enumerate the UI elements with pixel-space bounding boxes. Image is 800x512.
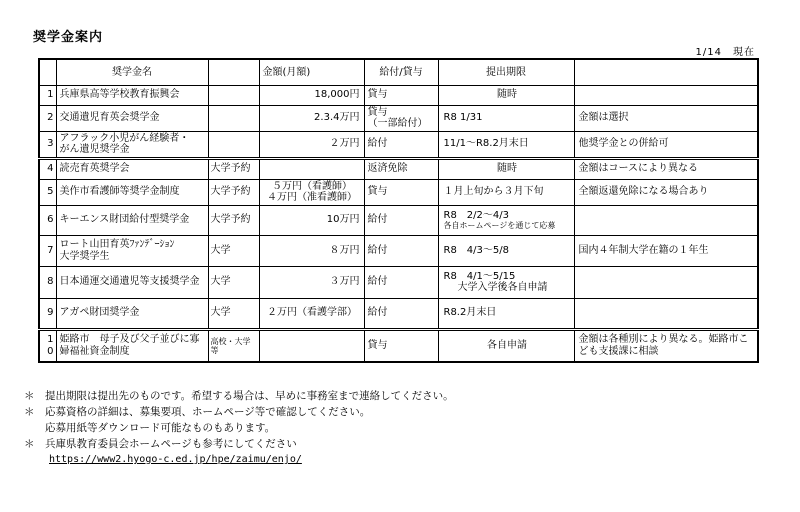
asterisk-bullet [24,452,45,468]
school-type: 大学 [208,235,259,266]
benefit-type: 貸与 [364,179,438,205]
as-of-date: 1/14 現在 [38,43,755,58]
row-number: 1 [39,85,56,105]
table-row: 4 読売育英奨学会 大学予約 返済免除 随時 金額はコースにより異なる [39,158,758,179]
deadline: 11/1～R8.2月末日 [438,131,574,158]
footnote-item: ＊ 提出期限は提出先のものです。希望する場合は、早めに事務室まで連絡してください… [24,388,774,404]
notes [574,85,758,105]
row-number: 3 [39,131,56,158]
notes [574,266,758,298]
amount: ２万円（看護学部） [259,298,364,329]
school-type: 高校・大学等 [208,329,259,362]
deadline: R8 4/1～5/15 大学入学後各自申請 [438,266,574,298]
row-number: 7 [39,235,56,266]
benefit-type: 給付 [364,266,438,298]
footnote-text: 提出期限は提出先のものです。希望する場合は、早めに事務室まで連絡してください。 [45,388,454,404]
scholarship-name: 兵庫県高等学校教育振興会 [56,85,208,105]
footnote-item: https://www2.hyogo-c.ed.jp/hpe/zaimu/enj… [24,452,774,468]
hyogo-board-link[interactable]: https://www2.hyogo-c.ed.jp/hpe/zaimu/enj… [49,452,302,468]
footnote-text: 兵庫県教育委員会ホームページも参考にしてください [45,436,297,452]
table-row: 10 姫路市 母子及び父子並びに寡 婦福祉資金制度 高校・大学等 貸与 各自申請… [39,329,758,362]
benefit-type: 給付 [364,235,438,266]
notes: 金額は各種別により異なる。姫路市こども支援課に相談 [574,329,758,362]
table-row: 9 アガペ財団奨学金 大学 ２万円（看護学部） 給付 R8.2月末日 [39,298,758,329]
table-row: 2 交通遺児育英会奨学金 2.3.4万円 貸与 （一部給付） R8 1/31 金… [39,105,758,131]
school-type: 大学予約 [208,179,259,205]
notes [574,205,758,235]
asterisk-bullet: ＊ [24,388,45,404]
benefit-type: 返済免除 [364,158,438,179]
notes [574,298,758,329]
benefit-type: 給付 [364,205,438,235]
school-type [208,85,259,105]
notes: 全額返還免除になる場合あり [574,179,758,205]
scholarship-name: 日本通運交通遺児等支援奨学金 [56,266,208,298]
notes: 金額はコースにより異なる [574,158,758,179]
amount: 10万円 [259,205,364,235]
header-no [39,59,56,85]
row-number: 4 [39,158,56,179]
header-benefit: 給付/貸与 [364,59,438,85]
table-row: 1 兵庫県高等学校教育振興会 18,000円 貸与 随時 [39,85,758,105]
amount [259,158,364,179]
row-number: 5 [39,179,56,205]
header-deadline: 提出期限 [438,59,574,85]
deadline: R8 4/3～5/8 [438,235,574,266]
amount: 2.3.4万円 [259,105,364,131]
asterisk-bullet: ＊ [24,404,45,420]
amount: ３万円 [259,266,364,298]
scholarship-name: ロート山田育英ﾌｧﾝﾃﾞｰｼｮﾝ 大学奨学生 [56,235,208,266]
table-row: 8 日本通運交通遺児等支援奨学金 大学 ３万円 給付 R8 4/1～5/15 大… [39,266,758,298]
row-number: 2 [39,105,56,131]
footnote-text: 応募用紙等ダウンロード可能なものもあります。 [45,420,275,436]
notes: 国内４年制大学在籍の１年生 [574,235,758,266]
table-row: 3 アフラック小児がん経験者・ がん遺児奨学金 ２万円 給付 11/1～R8.2… [39,131,758,158]
footnote-item: 応募用紙等ダウンロード可能なものもあります。 [24,420,774,436]
scholarship-table: 奨学金名 金額(月額) 給付/貸与 提出期限 1 兵庫県高等学校教育振興会 18… [38,58,759,363]
footnote-item: ＊ 兵庫県教育委員会ホームページも参考にしてください [24,436,774,452]
school-type [208,105,259,131]
deadline: R8 1/31 [438,105,574,131]
school-type [208,131,259,158]
row-number: 8 [39,266,56,298]
row-number: 6 [39,205,56,235]
header-scholarship-name: 奨学金名 [56,59,208,85]
table-row: 7 ロート山田育英ﾌｧﾝﾃﾞｰｼｮﾝ 大学奨学生 大学 ８万円 給付 R8 4/… [39,235,758,266]
school-type: 大学予約 [208,158,259,179]
deadline: 随時 [438,85,574,105]
benefit-type: 給付 [364,131,438,158]
scholarship-name: 読売育英奨学会 [56,158,208,179]
row-number: 10 [39,329,56,362]
asterisk-bullet [24,420,45,436]
footnotes: ＊ 提出期限は提出先のものです。希望する場合は、早めに事務室まで連絡してください… [24,388,774,468]
scholarship-name: アフラック小児がん経験者・ がん遺児奨学金 [56,131,208,158]
scholarship-name: 姫路市 母子及び父子並びに寡 婦福祉資金制度 [56,329,208,362]
school-type: 大学 [208,298,259,329]
benefit-type: 給付 [364,298,438,329]
header-amount: 金額(月額) [259,59,364,85]
deadline: 随時 [438,158,574,179]
table-row: 5 美作市看護師等奨学金制度 大学予約 ５万円（看護師） ４万円（准看護師） 貸… [39,179,758,205]
scholarship-name: キーエンス財団給付型奨学金 [56,205,208,235]
deadline: 各自申請 [438,329,574,362]
amount [259,329,364,362]
table-header-row: 奨学金名 金額(月額) 給付/貸与 提出期限 [39,59,758,85]
notes: 他奨学金との併給可 [574,131,758,158]
row-number: 9 [39,298,56,329]
notes: 金額は選択 [574,105,758,131]
scholarship-name: 交通遺児育英会奨学金 [56,105,208,131]
benefit-type: 貸与 [364,329,438,362]
deadline: R8 2/2～4/3 各自ホームページを通じて応募 [438,205,574,235]
footnote-item: ＊ 応募資格の詳細は、募集要項、ホームページ等で確認してください。 [24,404,774,420]
header-type [208,59,259,85]
header-notes [574,59,758,85]
footnote-text: 応募資格の詳細は、募集要項、ホームページ等で確認してください。 [45,404,370,420]
amount: ８万円 [259,235,364,266]
school-type: 大学 [208,266,259,298]
amount: ５万円（看護師） ４万円（准看護師） [259,179,364,205]
school-type: 大学予約 [208,205,259,235]
asterisk-bullet: ＊ [24,436,45,452]
amount: 18,000円 [259,85,364,105]
scholarship-name: アガペ財団奨学金 [56,298,208,329]
amount: ２万円 [259,131,364,158]
benefit-type: 貸与 [364,85,438,105]
benefit-type: 貸与 （一部給付） [364,105,438,131]
deadline: １月上旬から３月下旬 [438,179,574,205]
scholarship-name: 美作市看護師等奨学金制度 [56,179,208,205]
table-row: 6 キーエンス財団給付型奨学金 大学予約 10万円 給付 R8 2/2～4/3 … [39,205,758,235]
deadline: R8.2月末日 [438,298,574,329]
